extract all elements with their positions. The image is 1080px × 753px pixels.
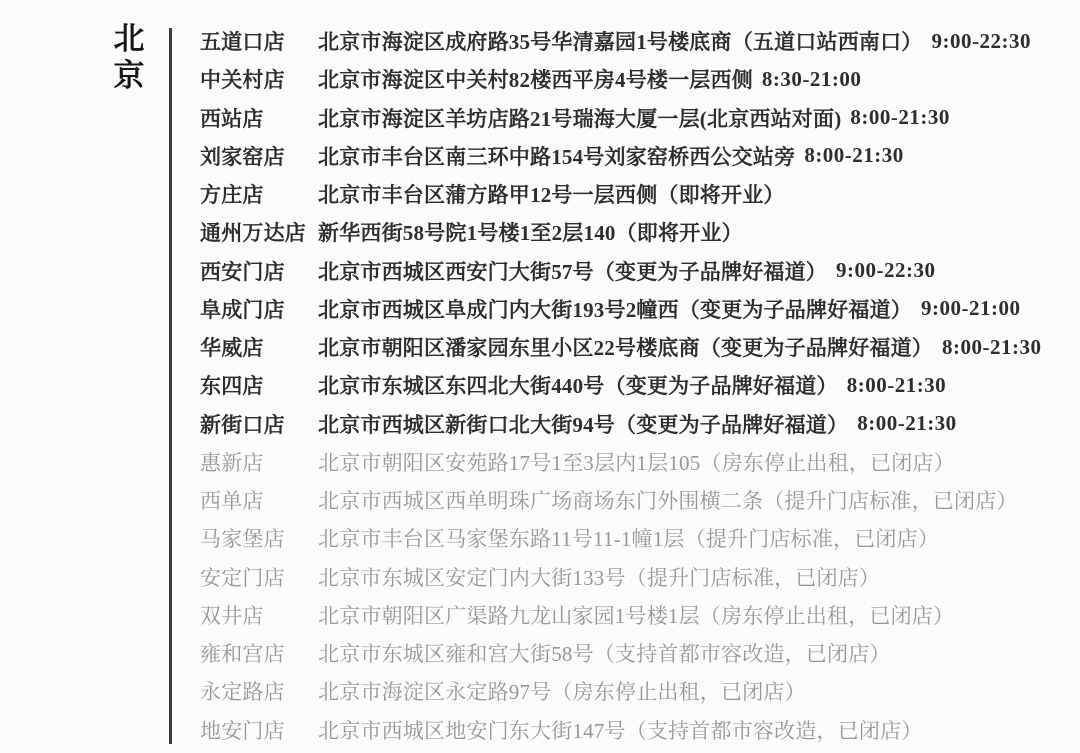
- store-row: 地安门店 北京市西城区地安门东大街147号（支持首都市容改造，已闭店）: [200, 711, 1072, 749]
- store-row: 刘家窑店 北京市丰台区南三环中路154号刘家窑桥西公交站旁 8:00-21:30: [200, 137, 1072, 175]
- store-name: 阜成门店: [200, 294, 318, 324]
- region-label: 北京: [109, 20, 149, 94]
- store-row: 阜成门店 北京市西城区阜成门内大街193号2幢西（变更为子品牌好福道） 9:00…: [200, 290, 1072, 328]
- store-hours: 8:00-21:30: [850, 105, 949, 130]
- store-address: 北京市朝阳区潘家园东里小区22号楼底商（变更为子品牌好福道）: [318, 332, 933, 362]
- store-row: 西单店 北京市西城区西单明珠广场商场东门外围横二条（提升门店标准，已闭店）: [200, 481, 1072, 519]
- store-name: 东四店: [200, 370, 318, 400]
- store-address: 北京市海淀区羊坊店路21号瑞海大厦一层(北京西站对面): [318, 103, 841, 133]
- store-row: 五道口店 北京市海淀区成府路35号华清嘉园1号楼底商（五道口站西南口） 9:00…: [200, 22, 1072, 60]
- store-address: 北京市西城区阜成门内大街193号2幢西（变更为子品牌好福道）: [318, 294, 912, 324]
- store-hours: 8:00-21:30: [857, 411, 956, 436]
- store-address: 北京市西城区新街口北大街94号（变更为子品牌好福道）: [318, 409, 848, 439]
- store-address: 北京市东城区安定门内大街133号（提升门店标准，已闭店）: [318, 562, 880, 592]
- store-name: 中关村店: [200, 64, 318, 94]
- store-row: 永定路店 北京市海淀区永定路97号（房东停止出租，已闭店）: [200, 672, 1072, 710]
- store-address: 北京市海淀区永定路97号（房东停止出租，已闭店）: [318, 676, 806, 706]
- store-name: 双井店: [200, 600, 318, 630]
- store-hours: 9:00-21:00: [921, 296, 1020, 321]
- store-row: 方庄店 北京市丰台区蒲方路甲12号一层西侧（即将开业）: [200, 175, 1072, 213]
- store-hours: 9:00-22:30: [932, 29, 1031, 54]
- store-address: 北京市西城区地安门东大街147号（支持首都市容改造，已闭店）: [318, 715, 923, 745]
- store-address: 北京市朝阳区安苑路17号1至3层内1层105（房东停止出租，已闭店）: [318, 447, 955, 477]
- store-hours: 8:00-21:30: [847, 373, 946, 398]
- store-name: 新街口店: [200, 409, 318, 439]
- store-address: 北京市丰台区马家堡东路11号11-1幢1层（提升门店标准，已闭店）: [318, 523, 939, 553]
- store-row: 马家堡店 北京市丰台区马家堡东路11号11-1幢1层（提升门店标准，已闭店）: [200, 519, 1072, 557]
- store-row: 东四店 北京市东城区东四北大街440号（变更为子品牌好福道） 8:00-21:3…: [200, 366, 1072, 404]
- store-list: 五道口店 北京市海淀区成府路35号华清嘉园1号楼底商（五道口站西南口） 9:00…: [200, 22, 1072, 749]
- store-address: 北京市朝阳区广渠路九龙山家园1号楼1层（房东停止出租，已闭店）: [318, 600, 954, 630]
- store-address: 新华西街58号院1号楼1至2层140（即将开业）: [318, 217, 743, 247]
- store-hours: 8:00-21:30: [804, 143, 903, 168]
- store-name: 地安门店: [200, 715, 318, 745]
- store-row: 新街口店 北京市西城区新街口北大街94号（变更为子品牌好福道） 8:00-21:…: [200, 405, 1072, 443]
- vertical-divider: [169, 28, 172, 744]
- store-row: 雍和宫店 北京市东城区雍和宫大街58号（支持首都市容改造，已闭店）: [200, 634, 1072, 672]
- store-name: 雍和宫店: [200, 638, 318, 668]
- store-name: 惠新店: [200, 447, 318, 477]
- store-row: 通州万达店 新华西街58号院1号楼1至2层140（即将开业）: [200, 213, 1072, 251]
- store-hours: 9:00-22:30: [836, 258, 935, 283]
- store-row: 华威店 北京市朝阳区潘家园东里小区22号楼底商（变更为子品牌好福道） 8:00-…: [200, 328, 1072, 366]
- store-address: 北京市丰台区南三环中路154号刘家窑桥西公交站旁: [318, 141, 795, 171]
- store-list-page: 北京 五道口店 北京市海淀区成府路35号华清嘉园1号楼底商（五道口站西南口） 9…: [0, 0, 1080, 753]
- store-name: 西安门店: [200, 256, 318, 286]
- store-address: 北京市东城区雍和宫大街58号（支持首都市容改造，已闭店）: [318, 638, 891, 668]
- store-hours: 8:00-21:30: [942, 335, 1041, 360]
- store-name: 西站店: [200, 103, 318, 133]
- store-name: 华威店: [200, 332, 318, 362]
- store-address: 北京市海淀区中关村82楼西平房4号楼一层西侧: [318, 64, 753, 94]
- store-name: 安定门店: [200, 562, 318, 592]
- store-hours: 8:30-21:00: [762, 67, 861, 92]
- store-address: 北京市东城区东四北大街440号（变更为子品牌好福道）: [318, 370, 838, 400]
- store-name: 西单店: [200, 485, 318, 515]
- store-address: 北京市西城区西安门大街57号（变更为子品牌好福道）: [318, 256, 827, 286]
- store-name: 通州万达店: [200, 217, 318, 247]
- store-name: 方庄店: [200, 179, 318, 209]
- store-row: 中关村店 北京市海淀区中关村82楼西平房4号楼一层西侧 8:30-21:00: [200, 60, 1072, 98]
- store-row: 双井店 北京市朝阳区广渠路九龙山家园1号楼1层（房东停止出租，已闭店）: [200, 596, 1072, 634]
- store-name: 马家堡店: [200, 523, 318, 553]
- store-address: 北京市丰台区蒲方路甲12号一层西侧（即将开业）: [318, 179, 785, 209]
- store-address: 北京市西城区西单明珠广场商场东门外围横二条（提升门店标准，已闭店）: [318, 485, 1018, 515]
- store-name: 永定路店: [200, 676, 318, 706]
- store-name: 刘家窑店: [200, 141, 318, 171]
- store-address: 北京市海淀区成府路35号华清嘉园1号楼底商（五道口站西南口）: [318, 26, 923, 56]
- store-name: 五道口店: [200, 26, 318, 56]
- store-row: 西站店 北京市海淀区羊坊店路21号瑞海大厦一层(北京西站对面) 8:00-21:…: [200, 99, 1072, 137]
- store-row: 安定门店 北京市东城区安定门内大街133号（提升门店标准，已闭店）: [200, 558, 1072, 596]
- store-row: 惠新店 北京市朝阳区安苑路17号1至3层内1层105（房东停止出租，已闭店）: [200, 443, 1072, 481]
- store-row: 西安门店 北京市西城区西安门大街57号（变更为子品牌好福道） 9:00-22:3…: [200, 252, 1072, 290]
